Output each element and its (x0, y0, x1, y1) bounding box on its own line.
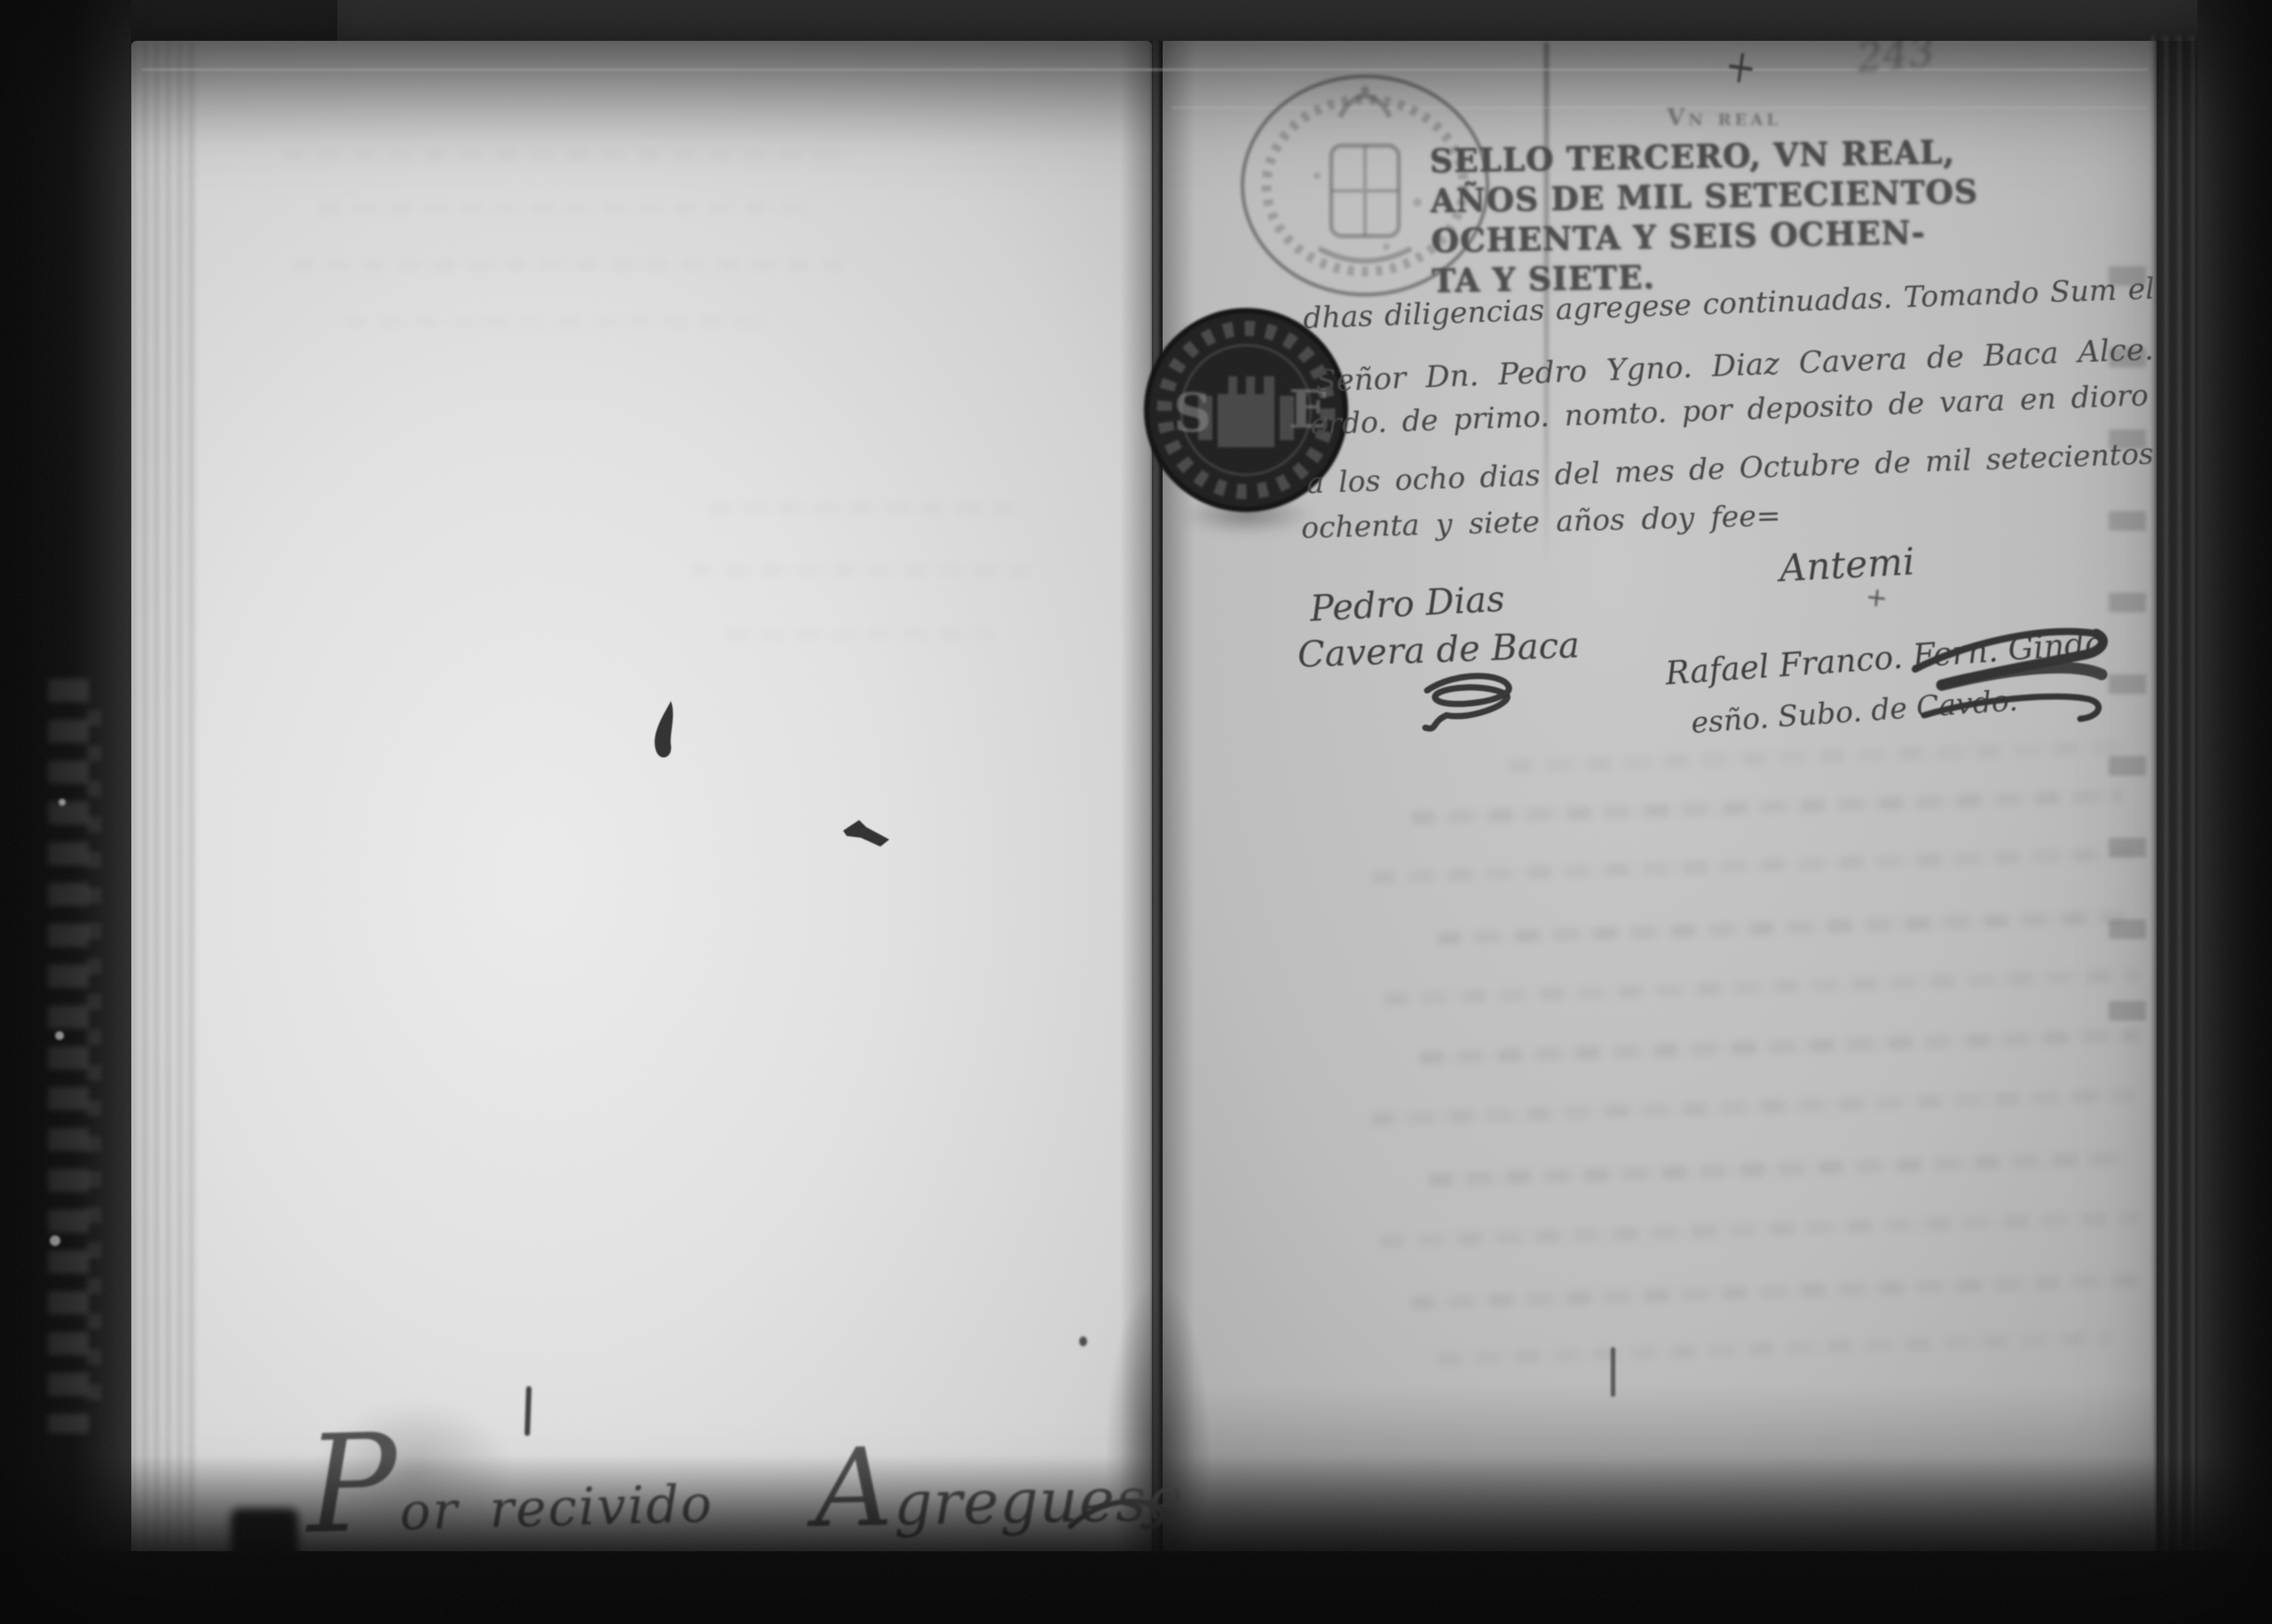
ink-dot (1079, 1336, 1087, 1346)
page-edge-streaks (2151, 35, 2201, 1566)
ghost-text-row (319, 202, 816, 214)
ghost-text-row (284, 149, 852, 161)
edge-ghost-lettering (87, 710, 101, 1402)
rubric-knot-flourish (1420, 664, 1519, 735)
pen-stroke (1611, 1347, 1615, 1397)
revenue-note: Vn real (1667, 105, 1781, 131)
ghost-text-row (293, 259, 843, 271)
film-border-right (2197, 0, 2272, 1624)
ante-mi: Antemi (1779, 540, 1916, 590)
microfilm-frame: 243 + Vn real SELLO TERCERO, VN REAL, AÑ… (0, 0, 2272, 1624)
ghost-text-row (692, 564, 1029, 576)
signature-flourish (1906, 611, 2116, 738)
seal-letter-s: S (1173, 382, 1211, 445)
ink-blot (840, 813, 895, 852)
film-speck (55, 1031, 64, 1040)
cross-icon: + (1864, 581, 1889, 614)
scan-streak (142, 68, 2148, 71)
ghost-text-row (728, 628, 994, 640)
left-page-edge-texture (131, 41, 195, 1549)
film-border-bottom (0, 1551, 2272, 1624)
edge-ghost-lettering (48, 679, 89, 1433)
film-speck (59, 799, 66, 806)
film-border-bottom-fade (0, 1455, 2272, 1553)
ghost-text-row (346, 316, 772, 327)
ghost-text-row (710, 502, 1012, 514)
left-page-top-shade (131, 41, 1152, 147)
oval-coat-of-arms-stamp (1235, 69, 1495, 302)
ink-blot (646, 698, 685, 765)
film-speck (50, 1235, 60, 1246)
